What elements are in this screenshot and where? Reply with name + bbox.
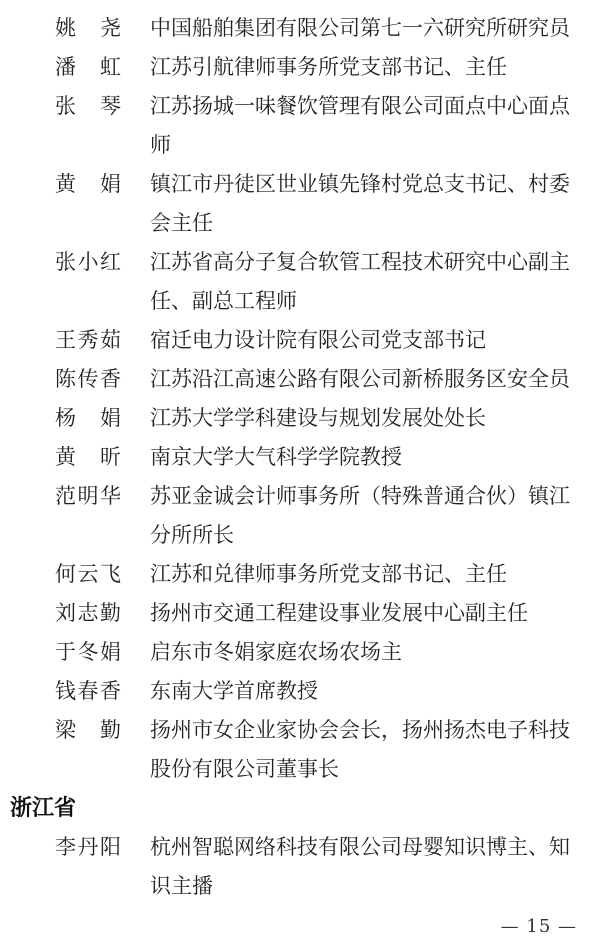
person-role: 中国船舶集团有限公司第七一六研究所研究员 (150, 9, 570, 48)
person-role: 扬州市交通工程建设事业发展中心副主任 (150, 594, 570, 633)
list-item: 潘虹 江苏引航律师事务所党支部书记、主任 (55, 48, 610, 87)
person-name: 张小红 (55, 243, 121, 321)
person-name: 杨娟 (55, 399, 121, 438)
person-name: 梁勤 (55, 711, 121, 789)
person-role: 苏亚金诚会计师事务所（特殊普通合伙）镇江分所所长 (150, 477, 570, 555)
person-name: 何云飞 (55, 555, 121, 594)
person-name: 黄娟 (55, 165, 121, 243)
list-item: 杨娟 江苏大学学科建设与规划发展处处长 (55, 399, 610, 438)
list-item: 范明华 苏亚金诚会计师事务所（特殊普通合伙）镇江分所所长 (55, 477, 610, 555)
list-item: 李丹阳 杭州智聪网络科技有限公司母婴知识博主、知识主播 (55, 828, 610, 906)
list-item: 张小红 江苏省高分子复合软管工程技术研究中心副主任、副总工程师 (55, 243, 610, 321)
person-name: 姚尧 (55, 9, 121, 48)
person-name: 王秀茹 (55, 321, 121, 360)
person-role: 江苏和兑律师事务所党支部书记、主任 (150, 555, 570, 594)
list-item: 黄娟 镇江市丹徒区世业镇先锋村党总支书记、村委会主任 (55, 165, 610, 243)
person-name: 李丹阳 (55, 828, 121, 906)
list-item: 姚尧 中国船舶集团有限公司第七一六研究所研究员 (55, 9, 610, 48)
list-item: 王秀茹 宿迁电力设计院有限公司党支部书记 (55, 321, 610, 360)
person-name: 潘虹 (55, 48, 121, 87)
person-name: 范明华 (55, 477, 121, 555)
person-role: 杭州智聪网络科技有限公司母婴知识博主、知识主播 (150, 828, 570, 906)
list-item: 梁勤 扬州市女企业家协会会长，扬州扬杰电子科技股份有限公司董事长 (55, 711, 610, 789)
list-item: 黄昕 南京大学大气科学学院教授 (55, 438, 610, 477)
person-role: 江苏扬城一味餐饮管理有限公司面点中心面点师 (150, 87, 570, 165)
list-item: 陈传香 江苏沿江高速公路有限公司新桥服务区安全员 (55, 360, 610, 399)
document-page: 姚尧 中国船舶集团有限公司第七一六研究所研究员 潘虹 江苏引航律师事务所党支部书… (0, 0, 610, 943)
person-name: 于冬娟 (55, 633, 121, 672)
list-item: 于冬娟 启东市冬娟家庭农场农场主 (55, 633, 610, 672)
list-item: 钱春香 东南大学首席教授 (55, 672, 610, 711)
section-header-zhejiang: 浙江省 (10, 789, 610, 828)
person-name: 陈传香 (55, 360, 121, 399)
person-role: 宿迁电力设计院有限公司党支部书记 (150, 321, 570, 360)
page-number: — 15 — (10, 913, 610, 941)
person-role: 南京大学大气科学学院教授 (150, 438, 570, 477)
person-role: 江苏省高分子复合软管工程技术研究中心副主任、副总工程师 (150, 243, 570, 321)
person-role: 江苏沿江高速公路有限公司新桥服务区安全员 (150, 360, 570, 399)
person-name: 黄昕 (55, 438, 121, 477)
person-name: 张琴 (55, 87, 121, 165)
person-role: 江苏引航律师事务所党支部书记、主任 (150, 48, 570, 87)
person-role: 扬州市女企业家协会会长，扬州扬杰电子科技股份有限公司董事长 (150, 711, 570, 789)
list-item: 刘志勤 扬州市交通工程建设事业发展中心副主任 (55, 594, 610, 633)
person-role: 江苏大学学科建设与规划发展处处长 (150, 399, 570, 438)
person-name: 刘志勤 (55, 594, 121, 633)
person-name: 钱春香 (55, 672, 121, 711)
person-role: 镇江市丹徒区世业镇先锋村党总支书记、村委会主任 (150, 165, 570, 243)
list-item: 何云飞 江苏和兑律师事务所党支部书记、主任 (55, 555, 610, 594)
person-role: 启东市冬娟家庭农场农场主 (150, 633, 570, 672)
person-role: 东南大学首席教授 (150, 672, 570, 711)
list-item: 张琴 江苏扬城一味餐饮管理有限公司面点中心面点师 (55, 87, 610, 165)
